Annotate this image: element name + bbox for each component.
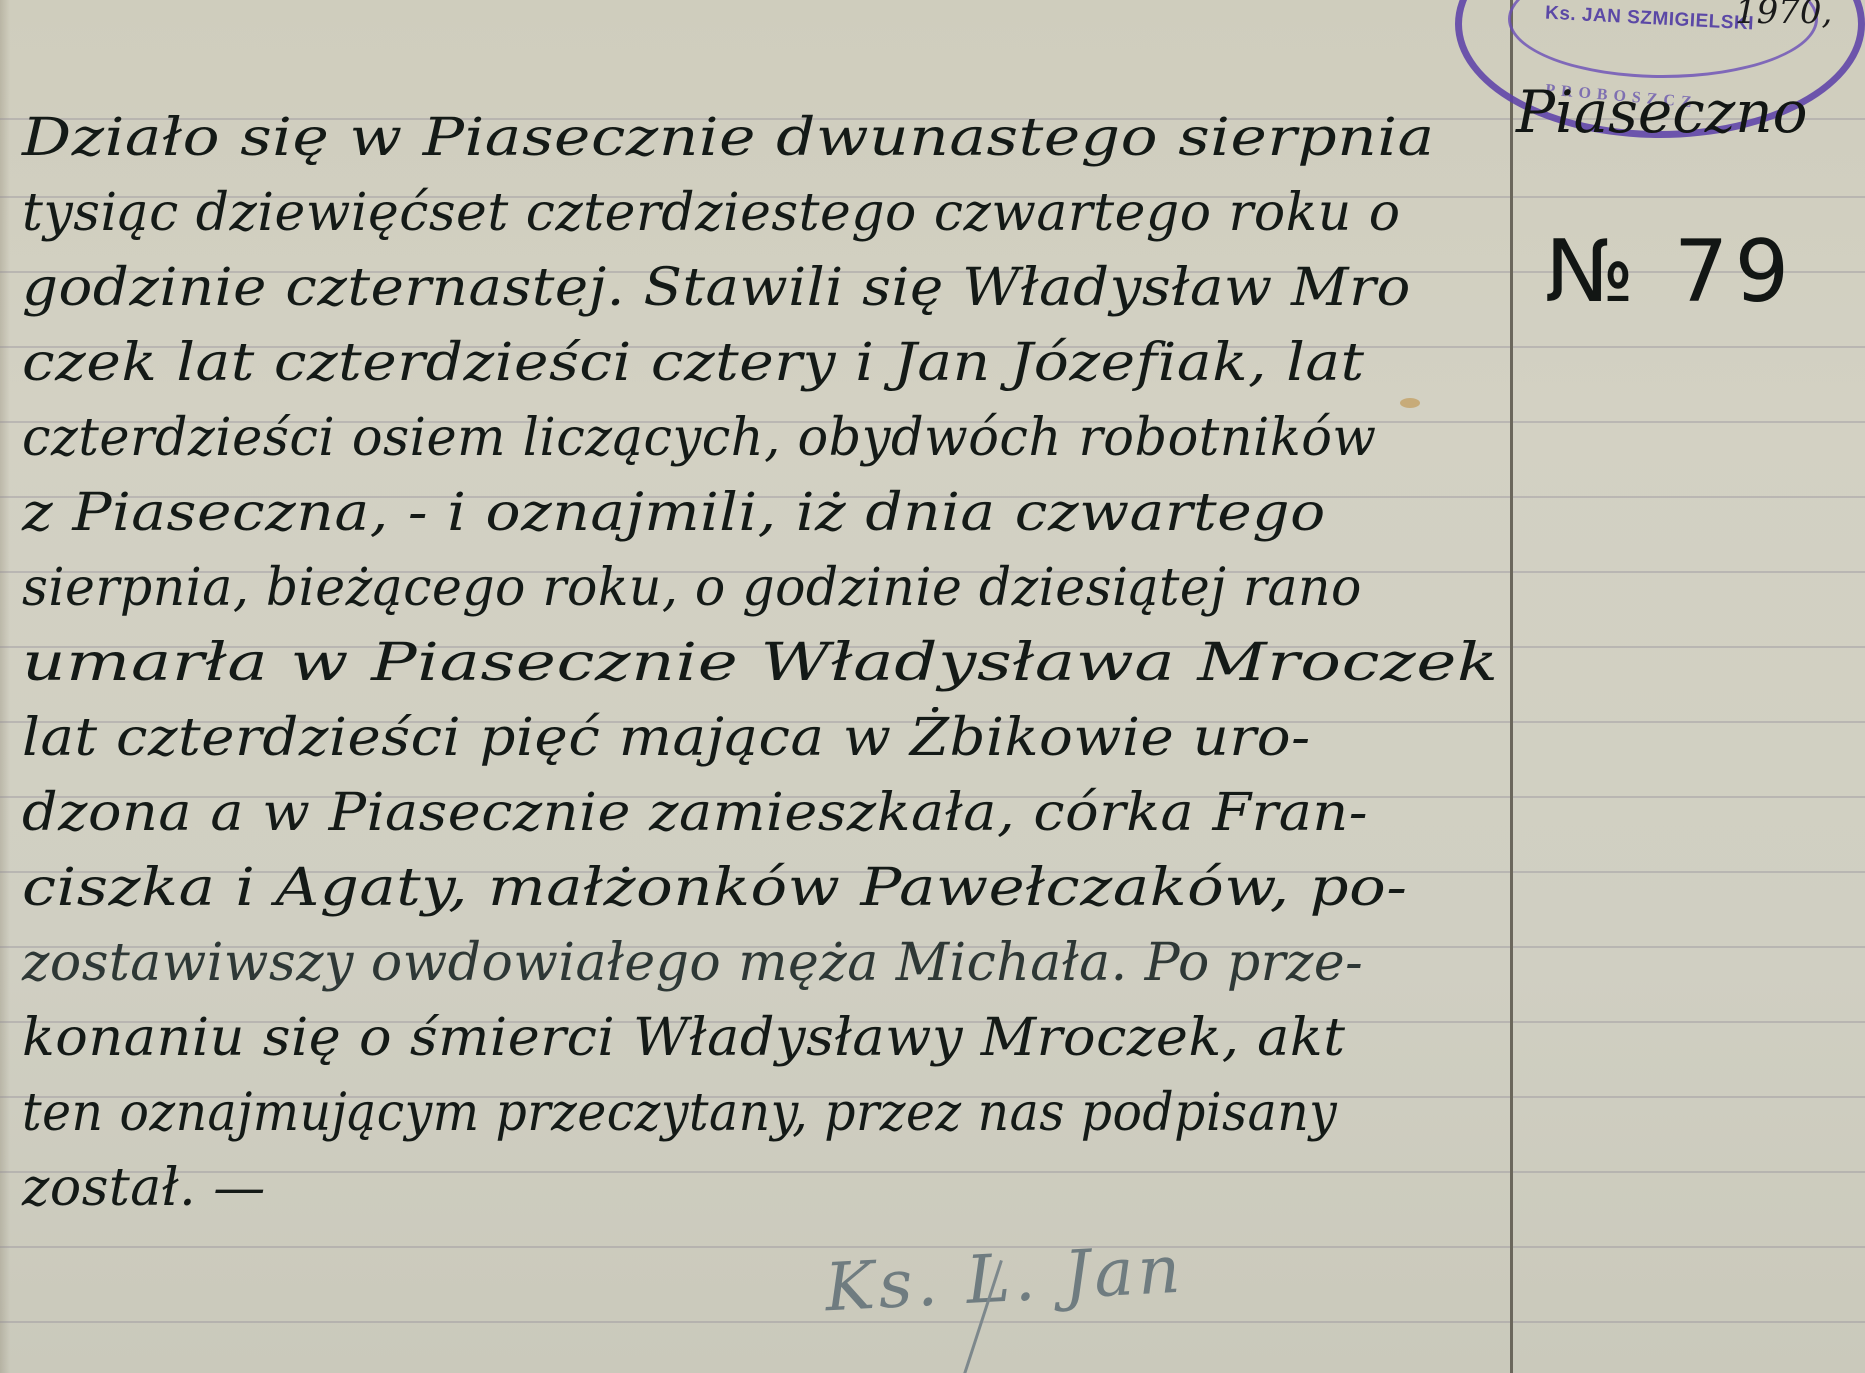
record-number: № 79 xyxy=(1545,222,1795,322)
margin-place-name: Piaseczno xyxy=(1516,78,1808,146)
body-line-3: godzinie czternastej. Stawili się Władys… xyxy=(22,258,1411,318)
body-line-13: konaniu się o śmierci Władysławy Mroczek… xyxy=(22,1008,1345,1068)
priest-signature: Ks. L. Jan xyxy=(823,1231,1186,1327)
page-edge-shadow xyxy=(0,0,10,1373)
body-line-5: czterdzieści osiem liczących, obydwóch r… xyxy=(22,408,1376,468)
body-line-8: umarła w Piasecznie Władysława Mroczek xyxy=(22,633,1499,693)
body-line-1: Działo się w Piasecznie dwunastego sierp… xyxy=(22,108,1435,168)
ruled-line xyxy=(0,1171,1865,1173)
body-line-10: dzona a w Piasecznie zamieszkała, córka … xyxy=(22,783,1368,843)
body-line-14: ten oznajmującym przeczytany, przez nas … xyxy=(22,1083,1337,1143)
ruled-line xyxy=(0,1321,1865,1323)
margin-rule xyxy=(1510,0,1513,1373)
body-line-2: tysiąc dziewięćset czterdziestego czwart… xyxy=(22,183,1401,243)
body-line-15: został. — xyxy=(22,1158,266,1218)
body-line-9: lat czterdzieści pięć mająca w Żbikowie … xyxy=(22,708,1311,768)
body-line-7: sierpnia, bieżącego roku, o godzinie dzi… xyxy=(22,558,1362,618)
body-line-11: ciszka i Agaty, małżonków Pawełczaków, p… xyxy=(22,858,1408,918)
document-page: Ks. JAN SZMIGIELSKI PROBOSZCZ 1970, Pias… xyxy=(0,0,1865,1373)
body-line-4: czek lat czterdzieści cztery i Jan Józef… xyxy=(22,333,1365,393)
body-line-12: zostawiwszy owdowiałego męża Michała. Po… xyxy=(22,933,1363,993)
body-line-6: z Piaseczna, - i oznajmili, iż dnia czwa… xyxy=(22,483,1326,543)
stamp-handwritten-overlay: 1970, xyxy=(1735,0,1832,32)
paper-stain xyxy=(1400,398,1420,408)
